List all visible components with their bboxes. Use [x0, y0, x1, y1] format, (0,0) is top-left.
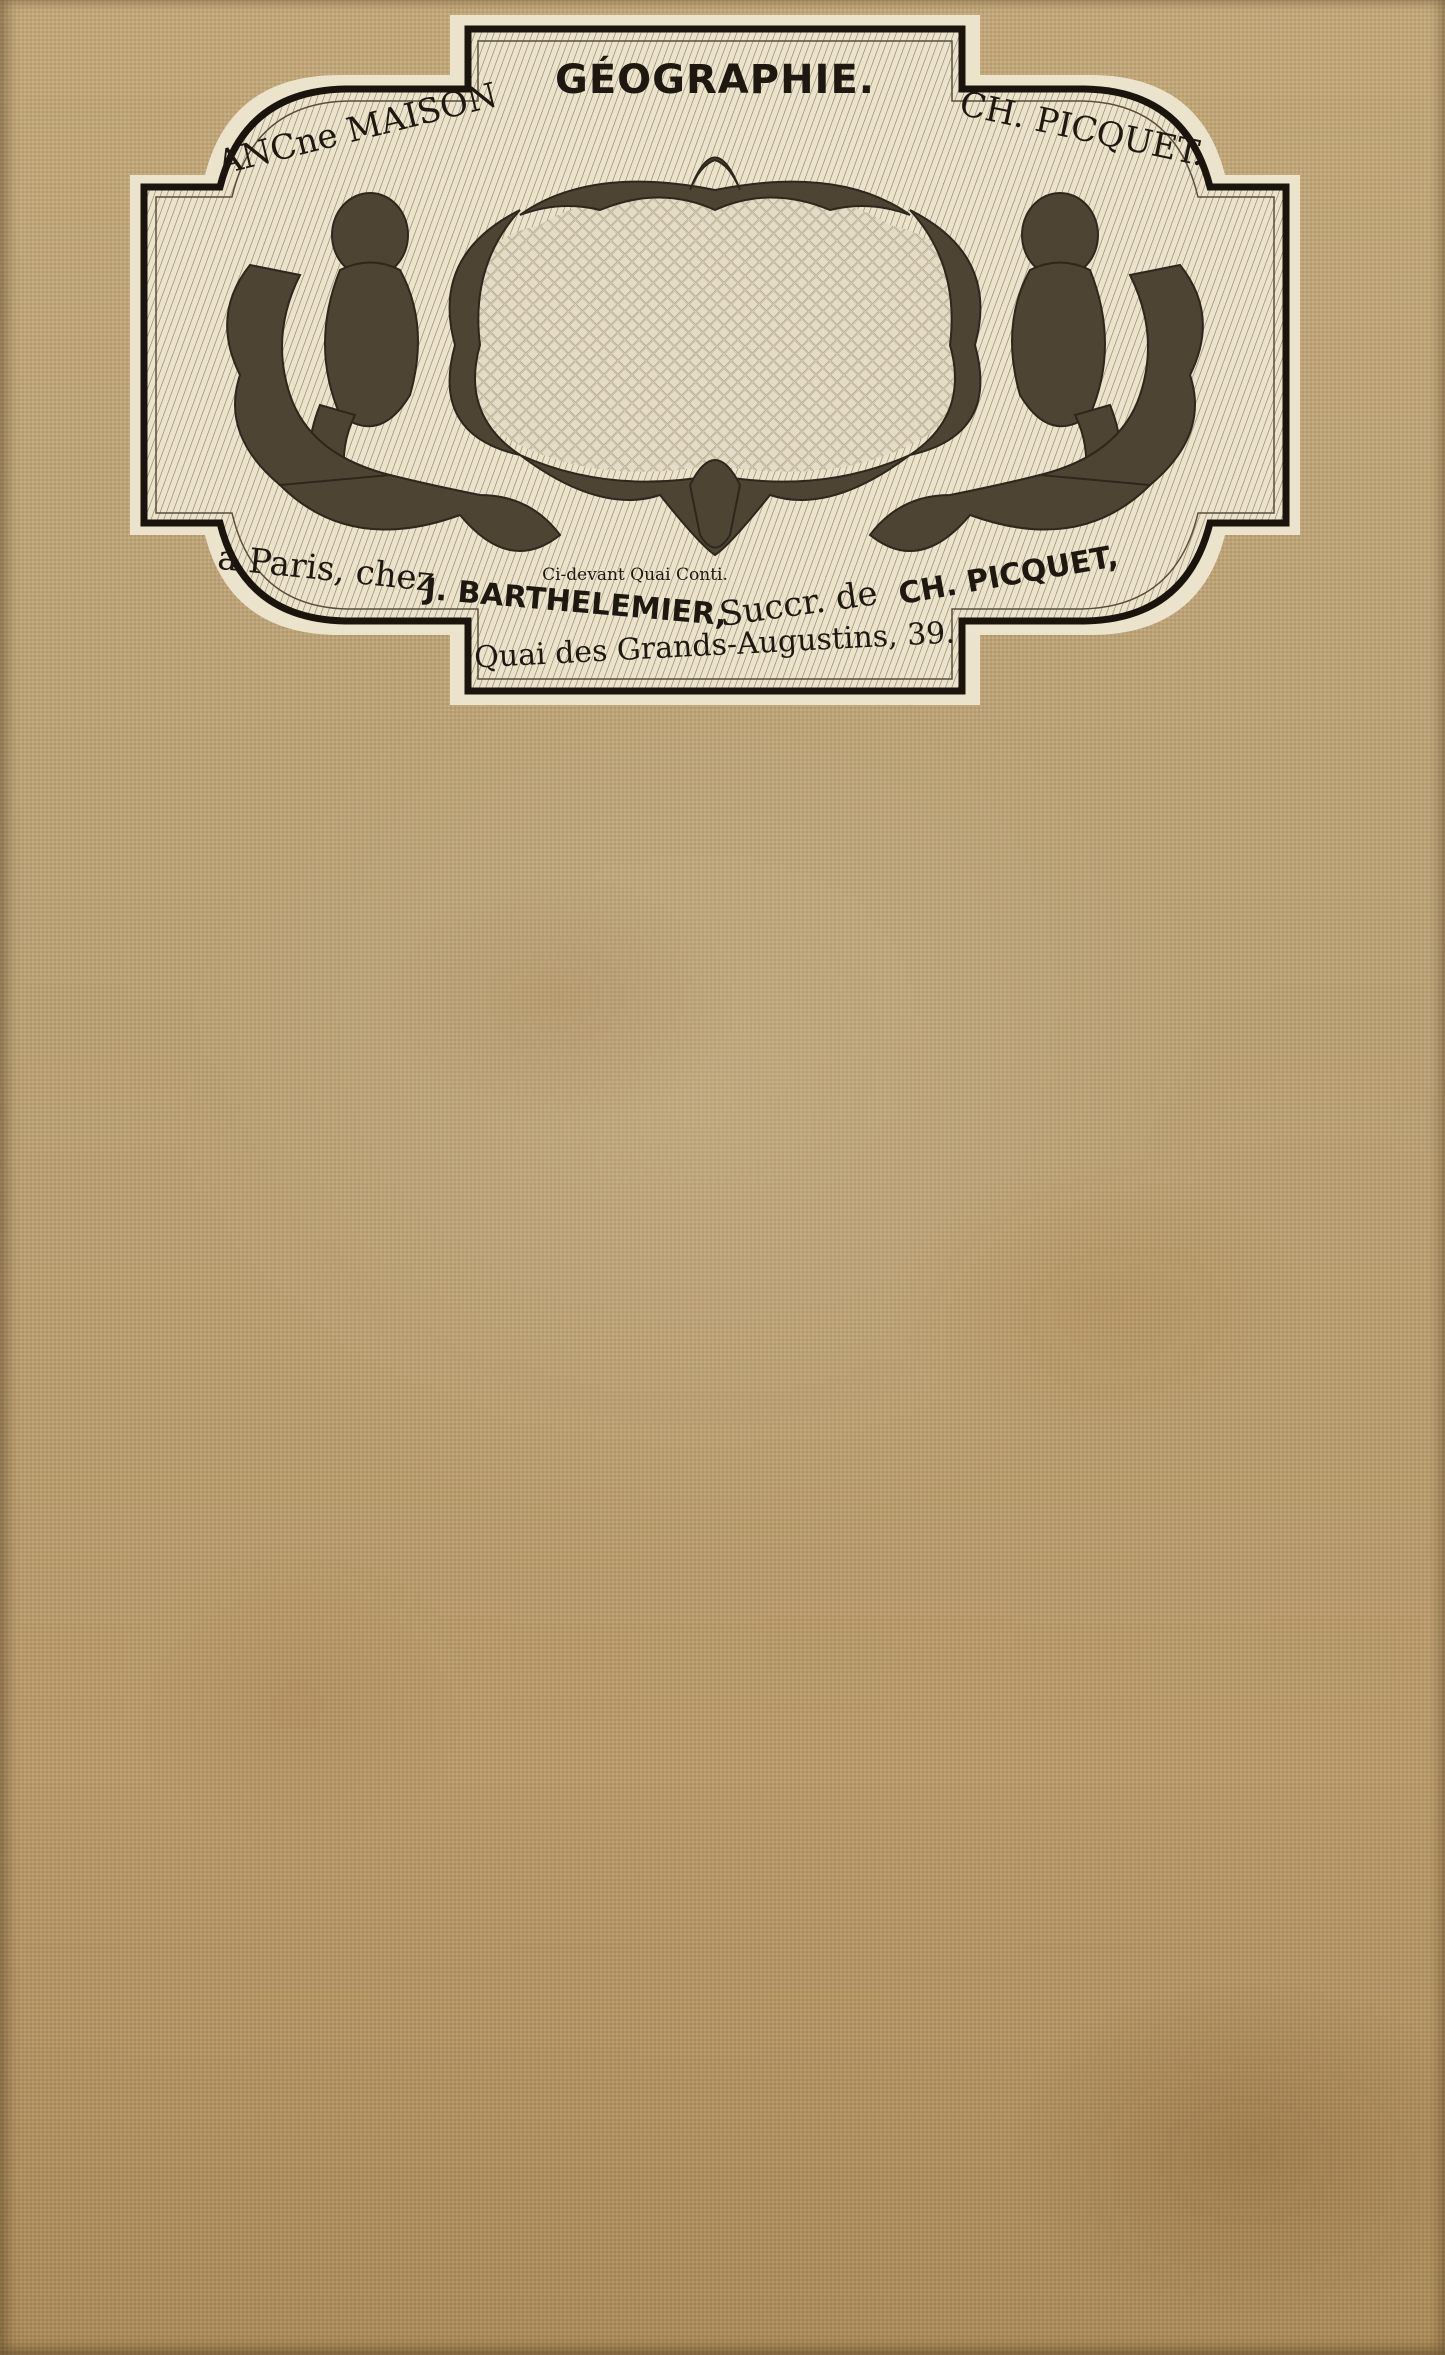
publisher-label: GÉOGRAPHIE. ANCne MAISON CH. PICQUET. à …	[130, 15, 1300, 705]
title-geographie: GÉOGRAPHIE.	[555, 55, 875, 103]
book-cover: GÉOGRAPHIE. ANCne MAISON CH. PICQUET. à …	[0, 0, 1445, 2355]
former-address-note: Ci-devant Quai Conti.	[542, 565, 728, 585]
label-frame: GÉOGRAPHIE. ANCne MAISON CH. PICQUET. à …	[130, 15, 1300, 705]
cartouche-blank	[462, 198, 968, 471]
